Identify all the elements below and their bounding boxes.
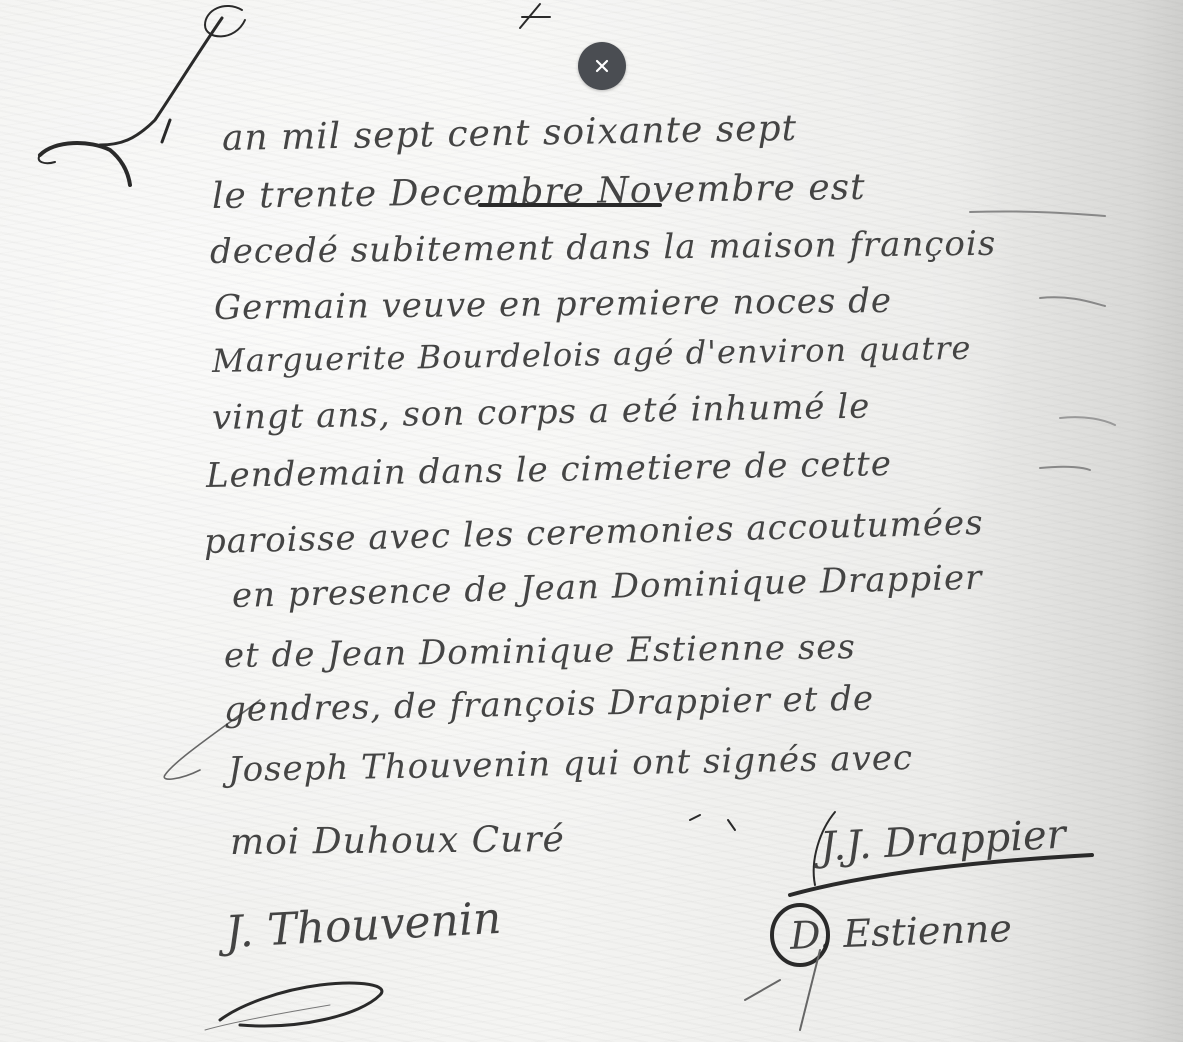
record-line: moi Duhoux Curé (230, 819, 565, 863)
image-viewer: an mil sept cent soixante sept le trente… (0, 0, 1183, 1042)
document-image: an mil sept cent soixante sept le trente… (0, 0, 1183, 1042)
close-icon (594, 58, 610, 74)
record-line: decedé subitement dans la maison françoi… (210, 224, 997, 272)
close-button[interactable] (578, 42, 626, 90)
signature-estienne: D. Estienne (789, 906, 1012, 958)
record-line: Germain veuve en premiere noces de (214, 281, 892, 328)
